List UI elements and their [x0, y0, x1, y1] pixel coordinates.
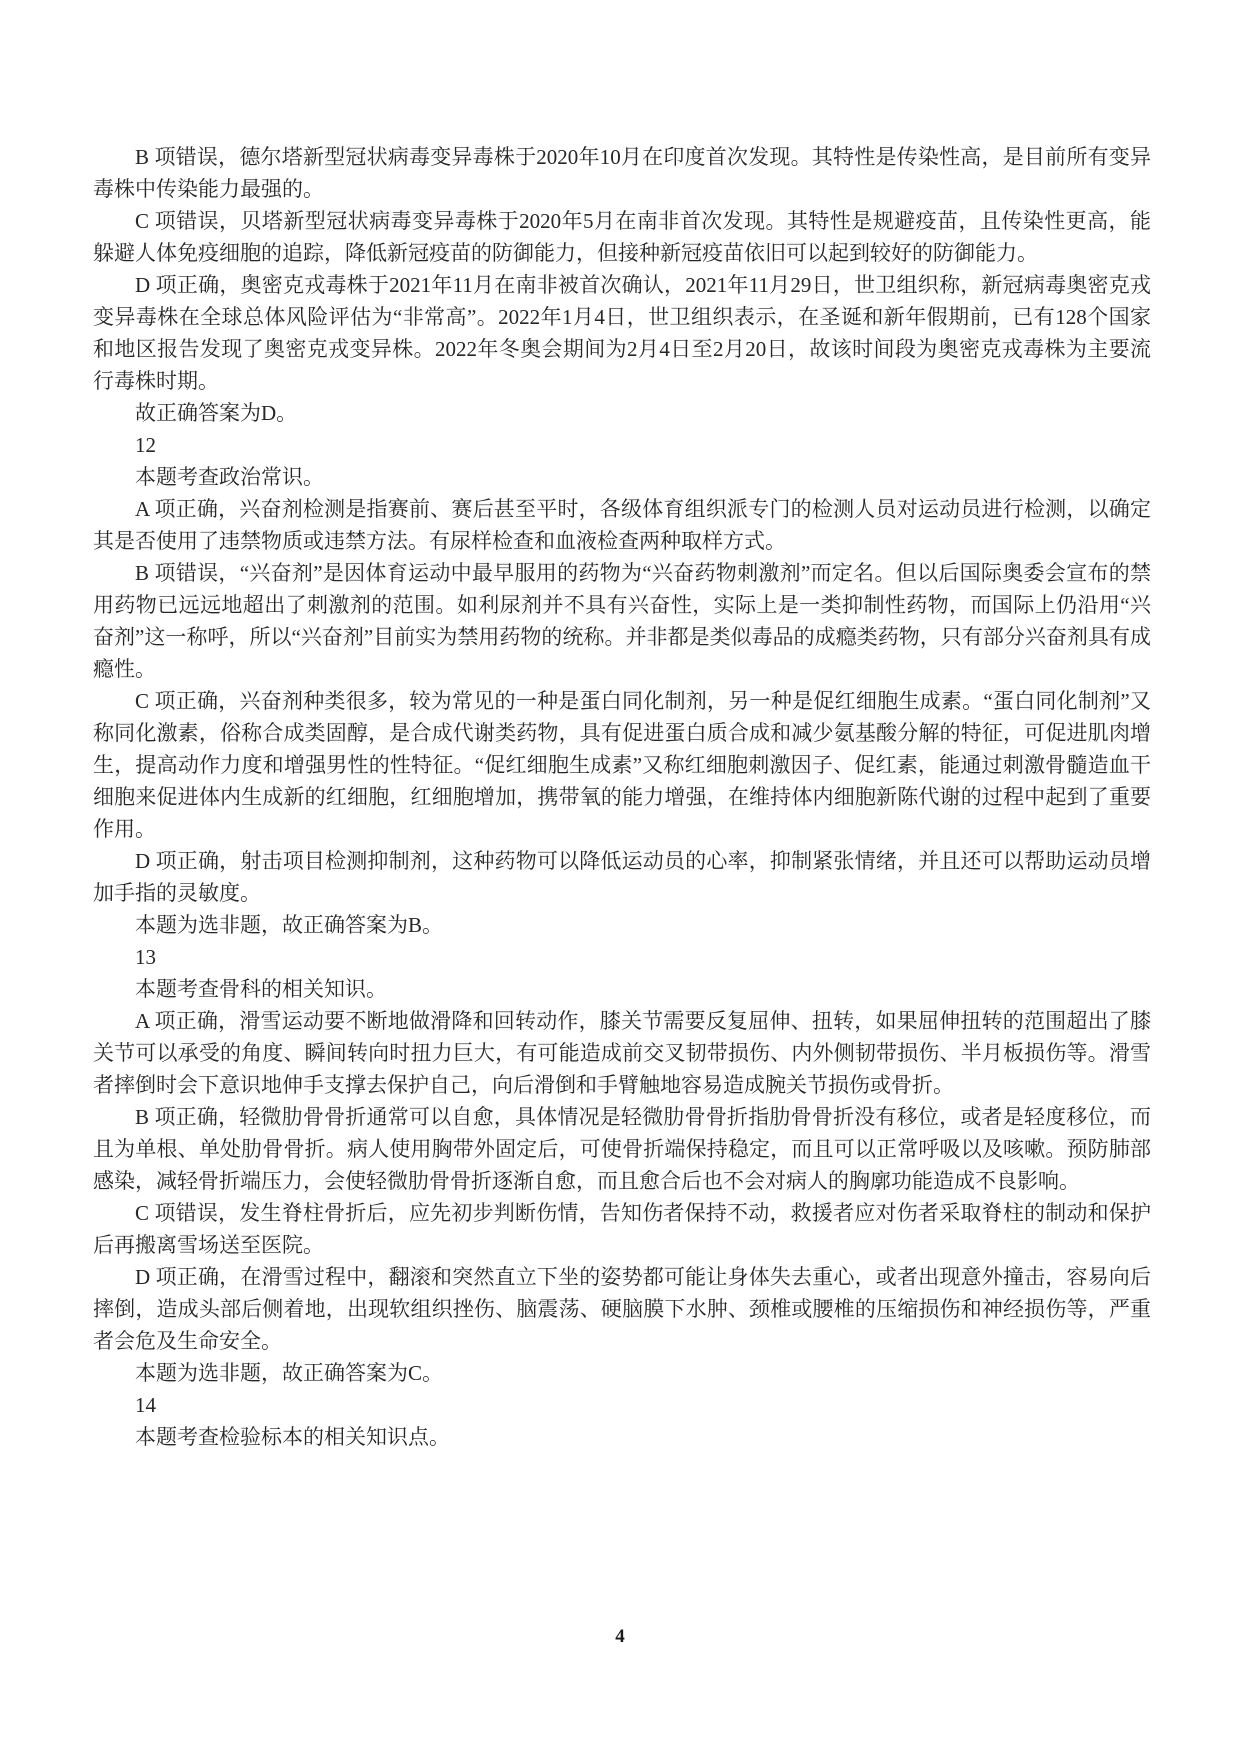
option-analysis-q11-c: C 项错误，贝塔新型冠状病毒变异毒株于2020年5月在南非首次发现。其特性是规避…	[93, 205, 1151, 269]
option-analysis-q13-b: B 项正确，轻微肋骨骨折通常可以自愈，具体情况是轻微肋骨骨折指肋骨骨折没有移位，…	[93, 1101, 1151, 1197]
exam-point-q12: 本题考查政治常识。	[93, 461, 1151, 493]
answer-line-q13: 本题为选非题，故正确答案为C。	[93, 1357, 1151, 1389]
answer-line-q11: 故正确答案为D。	[93, 397, 1151, 429]
document-page: B 项错误，德尔塔新型冠状病毒变异毒株于2020年10月在印度首次发现。其特性是…	[0, 0, 1240, 1754]
option-analysis-q12-c: C 项正确，兴奋剂种类很多，较为常见的一种是蛋白同化制剂，另一种是促红细胞生成素…	[93, 685, 1151, 845]
option-analysis-q12-a: A 项正确，兴奋剂检测是指赛前、赛后甚至平时，各级体育组织派专门的检测人员对运动…	[93, 493, 1151, 557]
question-number-12: 12	[93, 429, 1151, 461]
answer-line-q12: 本题为选非题，故正确答案为B。	[93, 909, 1151, 941]
option-analysis-q11-b: B 项错误，德尔塔新型冠状病毒变异毒株于2020年10月在印度首次发现。其特性是…	[93, 141, 1151, 205]
option-analysis-q13-a: A 项正确，滑雪运动要不断地做滑降和回转动作，膝关节需要反复屈伸、扭转，如果屈伸…	[93, 1005, 1151, 1101]
exam-point-q13: 本题考查骨科的相关知识。	[93, 973, 1151, 1005]
page-number: 4	[0, 1626, 1240, 1648]
option-analysis-q11-d: D 项正确，奥密克戎毒株于2021年11月在南非被首次确认，2021年11月29…	[93, 269, 1151, 397]
question-number-14: 14	[93, 1389, 1151, 1421]
option-analysis-q12-d: D 项正确，射击项目检测抑制剂，这种药物可以降低运动员的心率，抑制紧张情绪，并且…	[93, 845, 1151, 909]
question-number-13: 13	[93, 941, 1151, 973]
option-analysis-q12-b: B 项错误，“兴奋剂”是因体育运动中最早服用的药物为“兴奋药物刺激剂”而定名。但…	[93, 557, 1151, 685]
option-analysis-q13-c: C 项错误，发生脊柱骨折后，应先初步判断伤情，告知伤者保持不动，救援者应对伤者采…	[93, 1197, 1151, 1261]
option-analysis-q13-d: D 项正确，在滑雪过程中，翻滚和突然直立下坐的姿势都可能让身体失去重心，或者出现…	[93, 1261, 1151, 1357]
exam-point-q14: 本题考查检验标本的相关知识点。	[93, 1421, 1151, 1453]
answer-explanations: B 项错误，德尔塔新型冠状病毒变异毒株于2020年10月在印度首次发现。其特性是…	[93, 141, 1151, 1453]
